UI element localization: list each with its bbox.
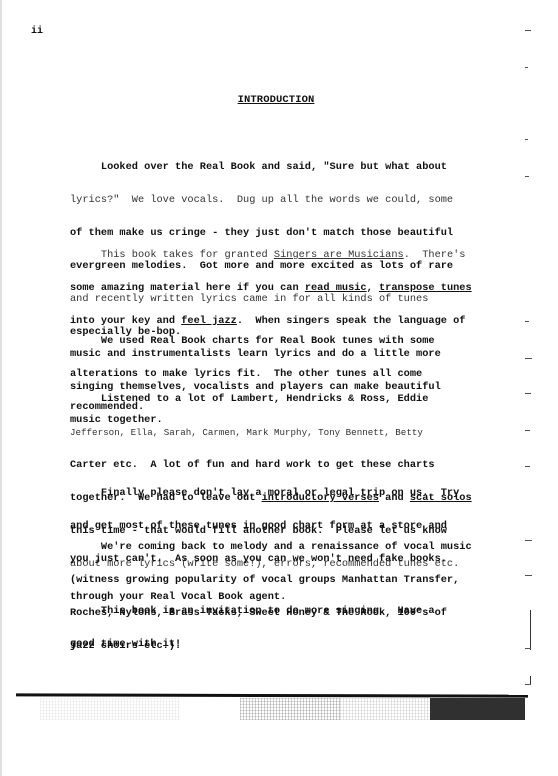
text-line: some amazing material here if you can re… — [70, 283, 510, 294]
page-number: ii — [31, 26, 43, 37]
text-span: , — [367, 282, 379, 294]
text-line: Listened to a lot of Lambert, Hendricks … — [70, 394, 510, 405]
margin-mark — [530, 610, 531, 650]
text-line: good time with it! — [70, 639, 510, 650]
margin-mark — [525, 648, 531, 649]
text-line: This book takes for granted Singers are … — [70, 250, 510, 261]
margin-mark — [530, 676, 531, 684]
underlined-phrase: read music — [305, 282, 367, 294]
margin-mark — [525, 176, 529, 177]
text-line: lyrics?" We love vocals. Dug up all the … — [70, 195, 510, 206]
scan-artifact — [340, 698, 430, 720]
margin-mark — [525, 575, 532, 576]
underlined-phrase: Singers are Musicians — [274, 249, 404, 261]
margin-mark — [525, 540, 532, 541]
margin-mark — [525, 358, 532, 359]
scan-left-edge — [0, 0, 2, 776]
text-line: This book is an invitation to do more si… — [70, 606, 510, 617]
margin-mark — [525, 393, 531, 394]
margin-mark — [525, 321, 529, 322]
text-span: . There's — [404, 249, 466, 261]
margin-mark — [525, 684, 531, 685]
margin-mark — [525, 139, 528, 140]
paragraph-7: This book is an invitation to do more si… — [70, 584, 510, 661]
text-line: Looked over the Real Book and said, "Sur… — [70, 162, 510, 173]
page-title: INTRODUCTION — [0, 94, 552, 106]
margin-mark — [525, 466, 530, 467]
text-span: This book takes for granted — [70, 249, 274, 261]
text-line: We used Real Book charts for Real Book t… — [70, 336, 510, 347]
text-line: Jefferson, Ella, Sarah, Carmen, Mark Mur… — [70, 427, 510, 438]
scan-artifact — [40, 698, 180, 720]
text-span: some amazing material here if you can — [70, 282, 305, 294]
text-line: We're coming back to melody and a renais… — [70, 542, 510, 553]
scan-artifact — [240, 698, 340, 720]
margin-mark — [525, 67, 528, 68]
text-line: Finally please don't lay a moral or lega… — [70, 488, 510, 499]
margin-mark — [525, 430, 530, 431]
underlined-phrase: transpose tunes — [379, 282, 472, 294]
scan-artifact — [430, 698, 525, 720]
margin-mark — [525, 30, 531, 31]
